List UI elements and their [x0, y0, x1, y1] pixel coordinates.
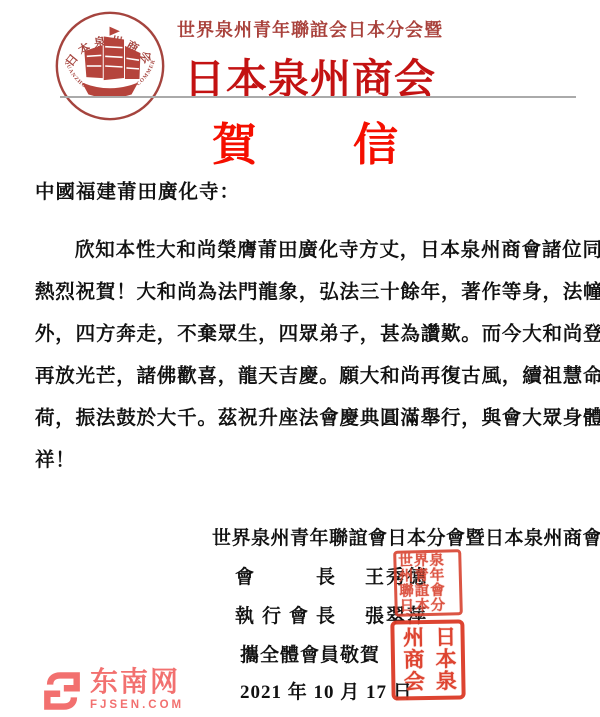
body-line: 荷，振法鼓於大千。茲祝升座法會慶典圓滿舉行，與會大眾身體健康，六時吉	[35, 398, 570, 440]
body-line: 欣知本性大和尚榮膺莆田廣化寺方丈，日本泉州商會諸位同仁特致函表示	[35, 230, 570, 272]
signature-role-row: 會長 王秀德	[212, 564, 572, 591]
association-stamp: 世界泉州青年聯誼會日本分會	[393, 549, 463, 617]
body-line: 再放光芒，諸佛歡喜，龍天吉慶。願大和尚再復古風，續祖慧命，光先哲之擔	[35, 356, 570, 398]
fjsen-watermark-text: 东南网 FJSEN.COM	[90, 666, 184, 712]
salutation: 中國福建莆田廣化寺：	[35, 178, 570, 208]
role-label-executive-president: 執行會長	[235, 603, 335, 630]
signature-organization: 世界泉州青年聯誼會日本分會暨日本泉州商會	[212, 526, 572, 552]
body-paragraph: 欣知本性大和尚榮膺莆田廣化寺方丈，日本泉州商會諸位同仁特致函表示 熱烈祝賀！大和…	[35, 230, 570, 482]
role-label-president: 會長	[235, 564, 335, 591]
body-line: 熱烈祝賀！大和尚為法門龍象，弘法三十餘年，著作等身，法幢高樹，普化海	[35, 272, 570, 314]
chamber-stamp-left-column: 州商会	[396, 626, 429, 695]
body-line: 外，四方奔走，不棄眾生，四眾弟子，甚為讚歎。而今大和尚登堂入室，名山	[35, 314, 570, 356]
body-line: 祥！	[35, 440, 570, 482]
fjsen-knot-icon	[40, 670, 84, 712]
fjsen-watermark: 东南网 FJSEN.COM	[40, 666, 184, 712]
chamber-stamp: 日本泉 州商会	[390, 619, 465, 700]
fjsen-domain: FJSEN.COM	[90, 698, 184, 712]
letterhead: 世界泉州青年聯誼会日本分会暨 日本泉州商会	[120, 16, 500, 105]
letter-title: 賀 信	[6, 108, 600, 173]
header-divider	[60, 96, 576, 98]
congratulatory-letter-page: 日本泉州商会 QUANZHOU CHAMBER OF COMMERCE IN J…	[0, 0, 600, 717]
chamber-stamp-right-column: 日本泉	[428, 625, 461, 694]
letterhead-subtitle: 世界泉州青年聯誼会日本分会暨	[120, 16, 500, 42]
letter-body: 中國福建莆田廣化寺： 欣知本性大和尚榮膺莆田廣化寺方丈，日本泉州商會諸位同仁特致…	[35, 178, 570, 482]
fjsen-name: 东南网	[90, 666, 184, 698]
